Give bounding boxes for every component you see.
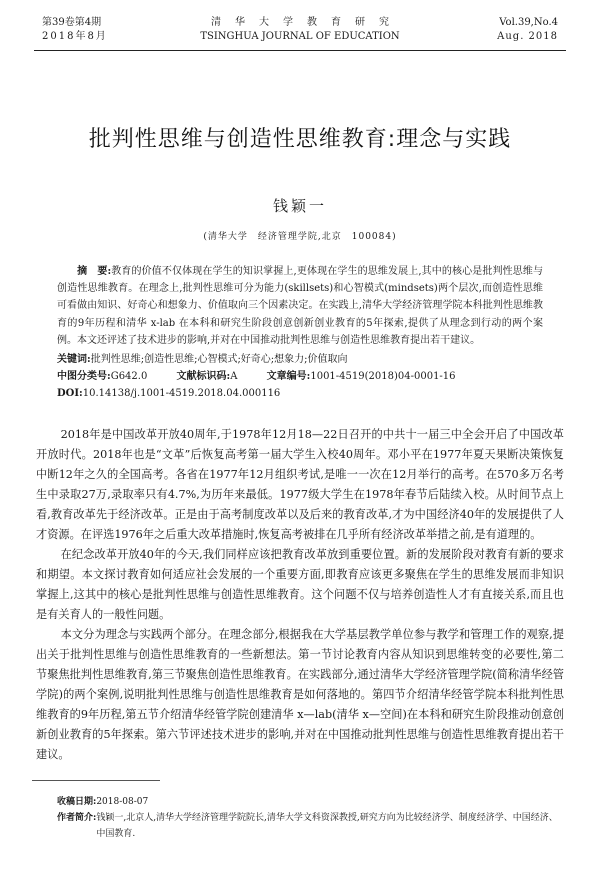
- body-text: 2018年是中国改革开放40周年,于1978年12月18—22日召开的中共十一届…: [36, 425, 564, 765]
- header-divider: [34, 50, 566, 51]
- volume-issue-en: Vol.39,No.4: [497, 16, 558, 30]
- bio-text: 钱颖一,北京人,清华大学经济管理学院院长,清华大学文科资深教授,研究方向为比较经…: [96, 810, 564, 842]
- article-no-value: 1001-4519(2018)04-0001-16: [310, 371, 455, 382]
- abstract-text: 教育的价值不仅体现在学生的知识掌握上,更体现在学生的思维发展上,其中的核心是批判…: [57, 266, 543, 346]
- doi-label: DOI:: [57, 388, 83, 399]
- abstract: 摘 要:教育的价值不仅体现在学生的知识掌握上,更体现在学生的思维发展上,其中的核…: [57, 263, 543, 349]
- bio-label: 作者简介:: [57, 810, 96, 842]
- journal-name: 清华大学教育研究 TSINGHUA JOURNAL OF EDUCATION: [34, 16, 566, 44]
- doc-code-label: 文献标识码:: [177, 371, 231, 382]
- author-bio: 作者简介:钱颖一,北京人,清华大学经济管理学院院长,清华大学文科资深教授,研究方…: [57, 810, 564, 842]
- body-paragraph: 在纪念改革开放40年的今天,我们同样应该把教育改革放到重要位置。新的发展阶段对教…: [36, 545, 564, 625]
- clc-label: 中图分类号:: [57, 371, 111, 382]
- body-paragraph: 本文分为理念与实践两个部分。在理念部分,根据我在大学基层教学单位参与教学和管理工…: [36, 625, 564, 765]
- body-paragraph: 2018年是中国改革开放40周年,于1978年12月18—22日召开的中共十一届…: [36, 425, 564, 545]
- footnote: 收稿日期:2018-08-07 作者简介:钱颖一,北京人,清华大学经济管理学院院…: [57, 794, 564, 842]
- classification-line: 中图分类号:G642.0 文献标识码:A 文章编号:1001-4519(2018…: [57, 368, 543, 385]
- author-affiliation: (清华大学 经济管理学院,北京 100084): [0, 229, 600, 242]
- doi-value[interactable]: 10.14138/j.1001-4519.2018.04.000116: [83, 388, 281, 399]
- received-value: 2018-08-07: [96, 797, 148, 807]
- journal-name-en: TSINGHUA JOURNAL OF EDUCATION: [34, 30, 566, 44]
- issue-info-en: Vol.39,No.4 Aug. 2018: [497, 16, 558, 44]
- received-label: 收稿日期:: [57, 797, 96, 807]
- clc-value: G642.0: [111, 371, 148, 382]
- keywords: 关键词:批判性思维;创造性思维;心智模式;好奇心;想象力;价值取向: [57, 351, 543, 368]
- doc-code-value: A: [230, 371, 237, 382]
- article-no-label: 文章编号:: [267, 371, 311, 382]
- received-date: 收稿日期:2018-08-07: [57, 794, 564, 810]
- running-header: 第39卷第4期 2018年8月 清华大学教育研究 TSINGHUA JOURNA…: [34, 16, 566, 50]
- doi-line: DOI:10.14138/j.1001-4519.2018.04.000116: [57, 385, 543, 402]
- abstract-label: 摘 要:: [77, 266, 111, 277]
- footnote-divider: [32, 780, 160, 781]
- publication-date-en: Aug. 2018: [497, 30, 558, 44]
- author-name: 钱颖一: [0, 195, 600, 216]
- journal-name-cn: 清华大学教育研究: [48, 16, 566, 30]
- keywords-text: 批判性思维;创造性思维;心智模式;好奇心;想象力;价值取向: [91, 354, 348, 365]
- keywords-label: 关键词:: [57, 354, 91, 365]
- paper-title: 批判性思维与创造性思维教育:理念与实践: [0, 122, 600, 153]
